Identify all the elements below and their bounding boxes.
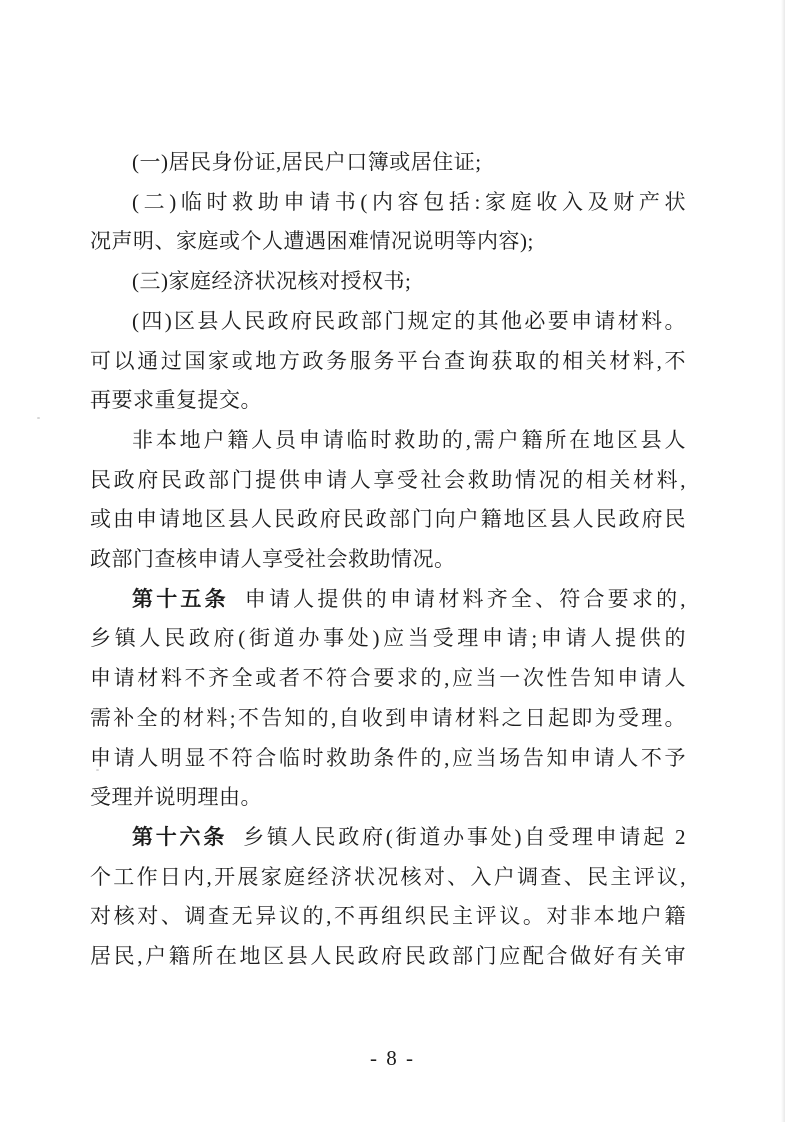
clause-head: 第十五条 [132, 587, 229, 611]
document-body: (一)居民身份证,居民户口簿或居住证; (二)临时救助申请书(内容包括:家庭收入… [90, 143, 686, 977]
text-line: 乡镇人民政府(街道办事处)应当受理申请;申请人提供的 [90, 619, 686, 659]
text-line: 第十六条乡镇人民政府(街道办事处)自受理申请起 2 [90, 818, 686, 858]
clause-head: 第十六条 [132, 825, 227, 849]
text-line: 居民,户籍所在地区县人民政府民政部门应配合做好有关审 [90, 937, 686, 977]
text-line: 个工作日内,开展家庭经济状况核对、入户调查、民主评议, [90, 858, 686, 898]
text-line-content: 申请人提供的申请材料齐全、符合要求的, [245, 587, 686, 611]
text-line: 况声明、家庭或个人遭遇困难情况说明等内容); [90, 222, 686, 262]
text-line: 非本地户籍人员申请临时救助的,需户籍所在地区县人 [90, 421, 686, 461]
text-line-content: 政部门查核申请人享受社会救助情况。 [90, 547, 456, 571]
text-line: 或由申请地区县人民政府民政部门向户籍地区县人民政府民 [90, 500, 686, 540]
text-line-content: 民政府民政部门提供申请人享受社会救助情况的相关材料, [90, 468, 686, 492]
text-line-content: 申请材料不齐全或者不符合要求的,应当一次性告知申请人 [90, 666, 686, 690]
text-line-content: 申请人明显不符合临时救助条件的,应当场告知申请人不予 [90, 746, 686, 770]
text-line: 需补全的材料;不告知的,自收到申请材料之日起即为受理。 [90, 699, 686, 739]
scan-speck [37, 417, 40, 419]
text-line-content: 乡镇人民政府(街道办事处)自受理申请起 2 [243, 825, 686, 849]
document-page: (一)居民身份证,居民户口簿或居住证; (二)临时救助申请书(内容包括:家庭收入… [0, 0, 785, 1122]
text-line-content: 对核对、调查无异议的,不再组织民主评议。对非本地户籍 [90, 904, 686, 928]
text-line: (一)居民身份证,居民户口簿或居住证; [90, 143, 686, 183]
text-line: 申请人明显不符合临时救助条件的,应当场告知申请人不予 [90, 739, 686, 779]
text-line: 申请材料不齐全或者不符合要求的,应当一次性告知申请人 [90, 659, 686, 699]
text-line: 民政府民政部门提供申请人享受社会救助情况的相关材料, [90, 461, 686, 501]
text-line: 第十五条申请人提供的申请材料齐全、符合要求的, [90, 580, 686, 620]
text-line-content: 或由申请地区县人民政府民政部门向户籍地区县人民政府民 [90, 507, 686, 531]
text-line: (三)家庭经济状况核对授权书; [90, 262, 686, 302]
text-line-content: 况声明、家庭或个人遭遇困难情况说明等内容); [90, 229, 534, 253]
text-line-content: (二)临时救助申请书(内容包括:家庭收入及财产状 [132, 190, 686, 214]
text-line-content: 居民,户籍所在地区县人民政府民政部门应配合做好有关审 [90, 944, 686, 968]
text-line: 受理并说明理由。 [90, 778, 686, 818]
page-number: - 8 - [0, 1046, 785, 1071]
text-line: 政部门查核申请人享受社会救助情况。 [90, 540, 686, 580]
text-line-content: 受理并说明理由。 [90, 785, 262, 809]
text-line: 可以通过国家或地方政务服务平台查询获取的相关材料,不 [90, 342, 686, 382]
text-line-content: (三)家庭经济状况核对授权书; [132, 269, 411, 293]
text-line-content: 个工作日内,开展家庭经济状况核对、入户调查、民主评议, [90, 865, 686, 889]
text-line-content: 乡镇人民政府(街道办事处)应当受理申请;申请人提供的 [90, 626, 686, 650]
scan-speck [96, 769, 99, 771]
text-line-content: 需补全的材料;不告知的,自收到申请材料之日起即为受理。 [90, 706, 686, 730]
text-line: (二)临时救助申请书(内容包括:家庭收入及财产状 [90, 183, 686, 223]
text-line: 对核对、调查无异议的,不再组织民主评议。对非本地户籍 [90, 897, 686, 937]
text-line-content: (一)居民身份证,居民户口簿或居住证; [132, 150, 482, 174]
text-line-content: 再要求重复提交。 [90, 388, 262, 412]
text-line-content: 非本地户籍人员申请临时救助的,需户籍所在地区县人 [132, 428, 686, 452]
text-line-content: (四)区县人民政府民政部门规定的其他必要申请材料。 [132, 309, 686, 333]
scan-edge-shadow [781, 0, 785, 1122]
text-line-content: 可以通过国家或地方政务服务平台查询获取的相关材料,不 [90, 349, 686, 373]
text-line: (四)区县人民政府民政部门规定的其他必要申请材料。 [90, 302, 686, 342]
text-line: 再要求重复提交。 [90, 381, 686, 421]
